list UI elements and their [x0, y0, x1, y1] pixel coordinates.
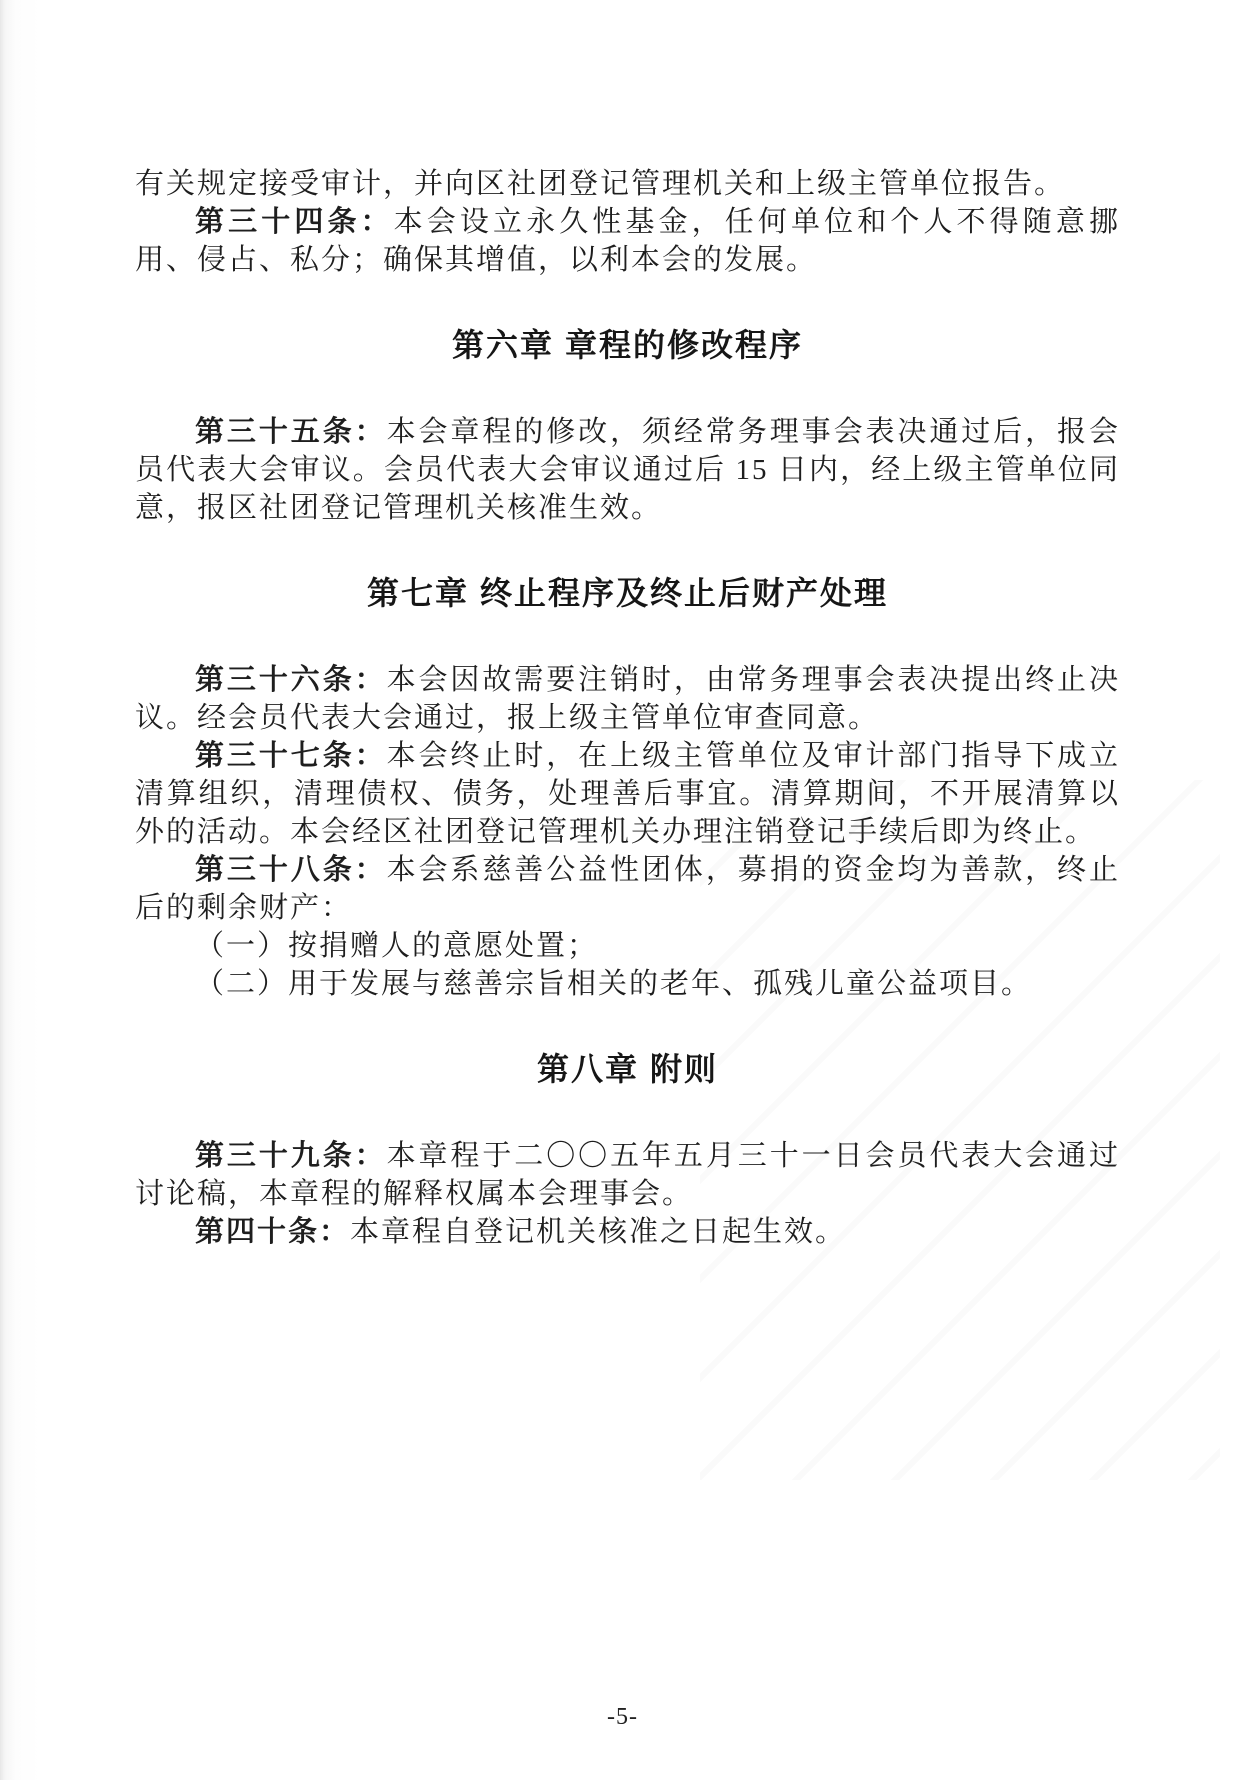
article-36-number: 第三十六条：: [195, 664, 387, 696]
article-39: 第三十九条：本章程于二〇〇五年五月三十一日会员代表大会通过讨论稿，本章程的解释权…: [135, 1137, 1120, 1213]
document-page: 有关规定接受审计，并向区社团登记管理机关和上级主管单位报告。 第三十四条：本会设…: [0, 0, 1245, 1780]
page-content: 有关规定接受审计，并向区社团登记管理机关和上级主管单位报告。 第三十四条：本会设…: [135, 165, 1120, 1251]
article-35-number: 第三十五条：: [195, 416, 387, 448]
article-37: 第三十七条：本会终止时，在上级主管单位及审计部门指导下成立清算组织，清理债权、债…: [135, 737, 1120, 851]
article-35: 第三十五条：本会章程的修改，须经常务理事会表决通过后，报会员代表大会审议。会员代…: [135, 413, 1120, 527]
article-38: 第三十八条：本会系慈善公益性团体，募捐的资金均为善款，终止后的剩余财产：: [135, 851, 1120, 927]
list-item-2: （二）用于发展与慈善宗旨相关的老年、孤残儿童公益项目。: [135, 965, 1120, 1003]
article-34: 第三十四条：本会设立永久性基金，任何单位和个人不得随意挪用、侵占、私分；确保其增…: [135, 203, 1120, 279]
article-40-number: 第四十条：: [195, 1216, 350, 1248]
article-38-number: 第三十八条：: [195, 854, 387, 886]
article-36: 第三十六条：本会因故需要注销时，由常务理事会表决提出终止决议。经会员代表大会通过…: [135, 661, 1120, 737]
page-number: -5-: [0, 1702, 1245, 1732]
chapter-6-heading: 第六章 章程的修改程序: [135, 321, 1120, 369]
article-34-number: 第三十四条：: [195, 206, 394, 238]
list-item-2-text: （二）用于发展与慈善宗旨相关的老年、孤残儿童公益项目。: [195, 968, 1032, 1000]
paragraph-text: 有关规定接受审计，并向区社团登记管理机关和上级主管单位报告。: [135, 168, 1065, 200]
article-40: 第四十条：本章程自登记机关核准之日起生效。: [135, 1213, 1120, 1251]
article-37-number: 第三十七条：: [195, 740, 387, 772]
chapter-7-heading: 第七章 终止程序及终止后财产处理: [135, 569, 1120, 617]
list-item-1-text: （一）按捐赠人的意愿处置；: [195, 930, 598, 962]
article-40-text: 本章程自登记机关核准之日起生效。: [350, 1216, 846, 1248]
list-item-1: （一）按捐赠人的意愿处置；: [135, 927, 1120, 965]
chapter-8-heading: 第八章 附则: [135, 1045, 1120, 1093]
article-39-number: 第三十九条：: [195, 1140, 387, 1172]
paragraph-continuation: 有关规定接受审计，并向区社团登记管理机关和上级主管单位报告。: [135, 165, 1120, 203]
